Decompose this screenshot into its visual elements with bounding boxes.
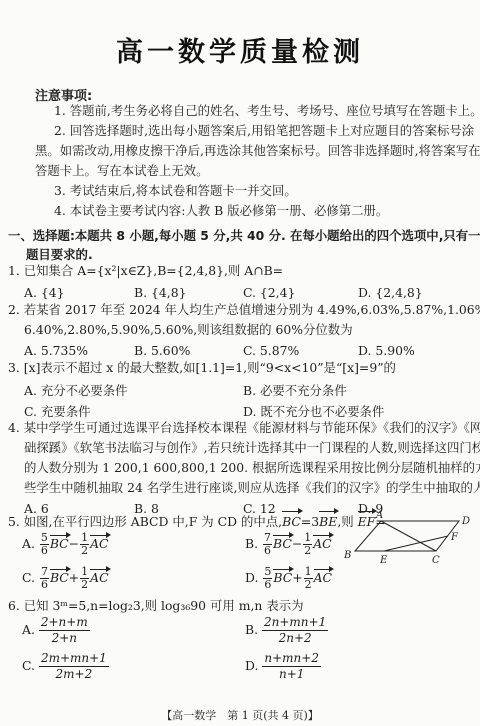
q6-option-a: A. 2+n+m2+n — [22, 615, 90, 646]
q3-option-a: A. 充分不必要条件 — [24, 381, 128, 399]
q6-option-c: C. 2m+mn+12m+2 — [22, 651, 109, 682]
vector-bc: BC — [282, 512, 301, 532]
page-footer: 【高一数学 第 1 页(共 4 页)】 — [0, 707, 480, 723]
page-title: 高一数学质量检测 — [0, 30, 480, 69]
notice-item-3: 3. 考试结束后,将本试卷和答题卡一并交回。 — [54, 181, 297, 201]
label-f: F — [450, 532, 459, 543]
q5-option-c: C. 76BC+12AC — [22, 566, 109, 591]
question-3-stem: 3. [x]表示不超过 x 的最大整数,如[1.1]=1,则“9<x<10”是“… — [8, 358, 396, 378]
notice-item-1: 1. 答题前,考生务必将自己的姓名、考生号、考场号、座位号填写在答题卡上。 — [54, 101, 480, 121]
question-1-stem: 1. 已知集合 A={x²|x∈Z},B={2,4,8},则 A∩B= — [8, 261, 283, 281]
q1-option-a: A. {4} — [24, 285, 64, 300]
q1-option-b: B. {4,8} — [134, 285, 186, 300]
notice-item-2-cont2: 答题卡上。写在本试卷上无效。 — [35, 161, 208, 181]
q2-option-c: C. 5.87% — [243, 343, 299, 358]
vector-be: BE — [319, 512, 337, 532]
q5-option-b: B. 76BC−12AC — [245, 532, 332, 557]
question-4-stem-cont3: 些学生中随机抽取 24 名学生进行座谈,则应从选择《我们的汉字》的学生中抽取的人… — [24, 478, 480, 498]
q1-option-c: C. {2,4} — [243, 285, 295, 300]
exam-page: 高一数学质量检测 注意事项: 1. 答题前,考生务必将自己的姓名、考生号、考场号… — [0, 0, 480, 726]
q2-option-a: A. 5.735% — [24, 343, 88, 358]
question-2-stem-cont: 6.40%,2.80%,5.90%,5.60%,则该组数据的 60%分位数为 — [24, 320, 353, 340]
q6-option-b: B. 2n+mn+12n+2 — [245, 615, 328, 646]
q1-option-d: D. {2,4,8} — [358, 285, 423, 300]
question-4-stem: 4. 某中学学生可通过选课平台选择校本课程《能源材料与节能环保》《我们的汉字》《… — [8, 418, 480, 438]
question-2-stem: 2. 若某省 2017 年至 2024 年人均生产总值增速分别为 4.49%,6… — [8, 300, 480, 320]
notice-item-2: 2. 回答选择题时,选出每小题答案后,用铅笔把答题卡上对应题目的答案标号涂 — [54, 121, 474, 141]
q5-option-d: D. 56BC+12AC — [245, 566, 332, 591]
q5-option-a: A. 56BC−12AC — [22, 532, 109, 557]
question-5-stem: 5. 如图,在平行四边形 ABCD 中,F 为 CD 的中点,BC=3BE,则 … — [8, 512, 386, 532]
notice-item-4: 4. 本试卷主要考试内容:人教 B 版必修第一册、必修第二册。 — [54, 201, 388, 221]
label-e: E — [379, 555, 388, 566]
notice-item-2-cont: 黑。如需改动,用橡皮擦干净后,再选涂其他答案标号。回答非选择题时,将答案写在 — [35, 141, 480, 161]
label-b: B — [343, 550, 351, 561]
question-4-stem-cont2: 的人数分别为 1 200,1 600,800,1 200. 根据所选课程采用按比… — [24, 458, 480, 478]
q2-option-d: D. 5.90% — [358, 343, 415, 358]
q6-option-d: D. n+mn+2n+1 — [245, 651, 321, 682]
label-a: A — [375, 510, 383, 521]
section-heading: 一、选择题:本题共 8 小题,每小题 5 分,共 40 分. 在每小题给出的四个… — [8, 226, 480, 244]
q2-option-b: B. 5.60% — [134, 343, 190, 358]
q3-option-b: B. 必要不充分条件 — [243, 381, 347, 399]
parallelogram-figure: A D B E C F — [340, 510, 480, 572]
label-c: C — [432, 555, 440, 566]
question-4-stem-cont1: 础探蹊》《软笔书法临习与创作》,若只统计选择其中一门课程的人数,则选择这四门校本… — [24, 438, 480, 458]
question-6-stem: 6. 已知 3ᵐ=5,n=log₂3,则 log₃₆90 可用 m,n 表示为 — [8, 596, 304, 616]
label-d: D — [461, 516, 470, 527]
